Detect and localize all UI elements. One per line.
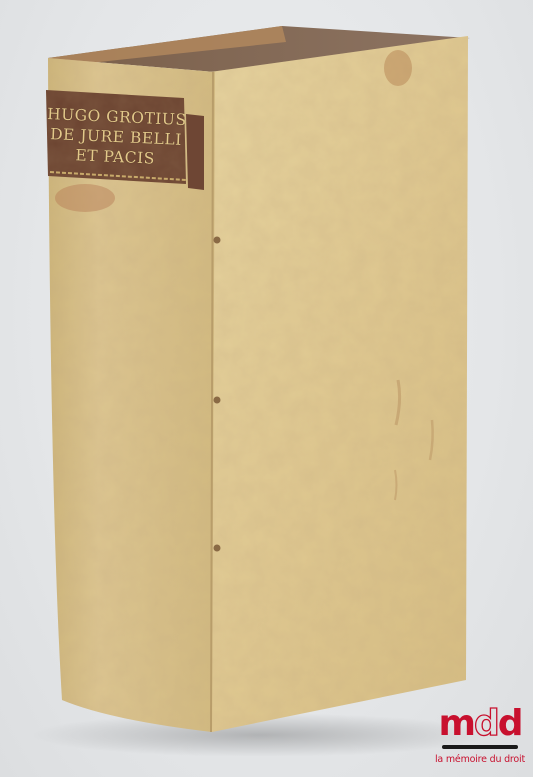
logo-letter-d: d: [498, 703, 522, 744]
mdd-logo-mark: mdd: [438, 706, 521, 742]
logo-tagline: la mémoire du droit: [435, 754, 525, 765]
spine-label: HUGO GROTIUS DE JURE BELLI ET PACIS: [46, 90, 186, 184]
photo-scene: HUGO GROTIUS DE JURE BELLI ET PACIS mdd …: [0, 0, 533, 777]
logo-letter-m: m: [438, 703, 474, 744]
logo-letter-d-outline: d: [474, 703, 498, 744]
mdd-watermark-logo: mdd la mémoire du droit: [432, 706, 528, 772]
logo-underline-bar: [442, 745, 518, 749]
spine-label-line-3: ET PACIS: [75, 145, 155, 168]
